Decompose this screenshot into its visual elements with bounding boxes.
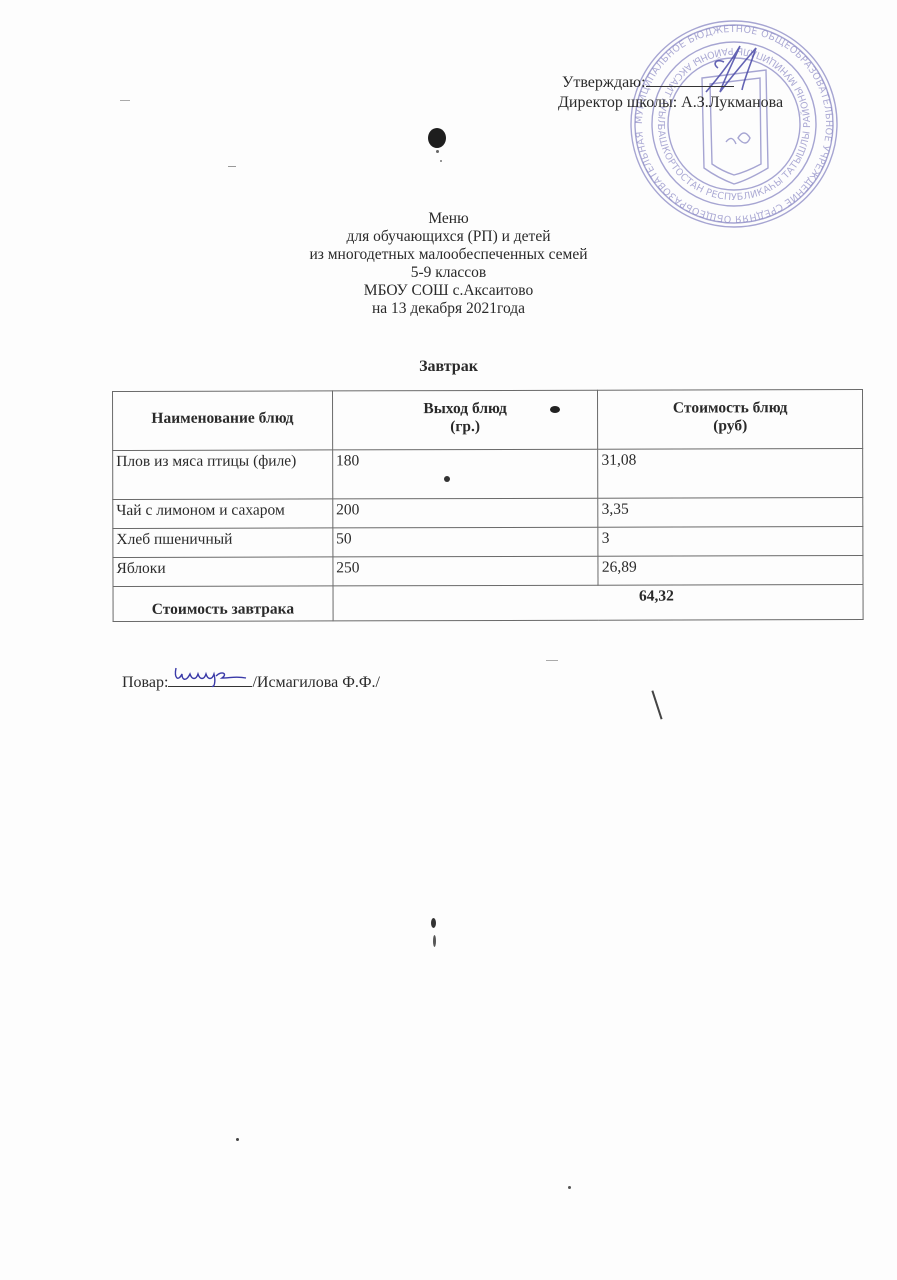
dish-cost: 3: [598, 527, 863, 557]
approval-signature-line: [646, 72, 734, 87]
school-stamp: МУНИЦИПАЛЬНОЕ БЮДЖЕТНОЕ ОБЩЕОБРАЗОВАТЕЛЬ…: [628, 18, 840, 230]
header-dish-name: Наименование блюд: [113, 391, 333, 451]
total-label: Стоимость завтрака: [113, 586, 333, 622]
table-header-row: Наименование блюд Выход блюд(гр.) Стоимо…: [113, 390, 863, 451]
title-line-2: для обучающихся (РП) и детей: [0, 228, 897, 246]
ink-blot: [428, 128, 446, 148]
ink-speck: [236, 1138, 239, 1141]
table-row: Яблоки 250 26,89: [113, 556, 863, 587]
header-cost: Стоимость блюд(руб): [598, 390, 863, 450]
scan-mark: [546, 660, 558, 661]
table-total-row: Стоимость завтрака 64,32: [113, 585, 863, 622]
dish-yield: 200: [333, 498, 599, 528]
cook-signature-icon: [170, 660, 252, 690]
dish-yield: 180: [332, 449, 598, 499]
scan-mark: [228, 166, 236, 167]
title-line-1: Меню: [0, 210, 897, 228]
director-label: Директор школы:: [558, 94, 677, 111]
dish-cost: 26,89: [598, 556, 863, 586]
table-row: Хлеб пшеничный 50 3: [113, 527, 863, 558]
dish-yield: 250: [333, 556, 599, 586]
meal-section-title: Завтрак: [0, 358, 897, 376]
document-title: Меню для обучающихся (РП) и детей из мно…: [0, 210, 897, 318]
approval-block: Утверждаю: Директор школы: А.З.Лукманова: [558, 72, 783, 113]
ink-speck: [440, 160, 442, 162]
table-row: Чай с лимоном и сахаром 200 3,35: [113, 498, 863, 529]
ink-speck: [431, 918, 436, 928]
ink-speck: [550, 406, 560, 413]
approval-label: Утверждаю:: [562, 74, 646, 91]
director-name: А.З.Лукманова: [681, 94, 783, 111]
table-row: Плов из мяса птицы (филе) 180 31,08: [113, 449, 863, 500]
cook-signature-line: [168, 670, 252, 687]
title-line-3: из многодетных малообеспеченных семей: [0, 246, 897, 264]
ink-speck: [444, 476, 450, 482]
cook-signature-block: Повар:/Исмагилова Ф.Ф./: [122, 670, 380, 692]
ink-speck: [433, 935, 436, 947]
header-yield: Выход блюд(гр.): [332, 390, 598, 450]
total-value: 64,32: [333, 585, 863, 621]
cook-label: Повар:: [122, 674, 168, 691]
dish-name: Яблоки: [113, 557, 333, 587]
menu-table: Наименование блюд Выход блюд(гр.) Стоимо…: [112, 389, 864, 622]
title-line-4: 5-9 классов: [0, 264, 897, 282]
title-line-5: МБОУ СОШ с.Аксаитово: [0, 282, 897, 300]
stamp-seal-icon: МУНИЦИПАЛЬНОЕ БЮДЖЕТНОЕ ОБЩЕОБРАЗОВАТЕЛЬ…: [628, 18, 840, 230]
dish-yield: 50: [333, 527, 599, 557]
ink-speck: [568, 1186, 571, 1189]
dish-name: Хлеб пшеничный: [113, 528, 333, 558]
cook-name: /Исмагилова Ф.Ф./: [252, 674, 380, 691]
dish-cost: 31,08: [598, 449, 863, 499]
dish-name: Плов из мяса птицы (филе): [113, 450, 333, 500]
pen-mark: [651, 691, 662, 720]
scan-mark: [120, 100, 130, 101]
ink-speck: [436, 150, 439, 153]
dish-cost: 3,35: [598, 498, 863, 528]
dish-name: Чай с лимоном и сахаром: [113, 499, 333, 529]
title-line-6: на 13 декабря 2021года: [0, 300, 897, 318]
